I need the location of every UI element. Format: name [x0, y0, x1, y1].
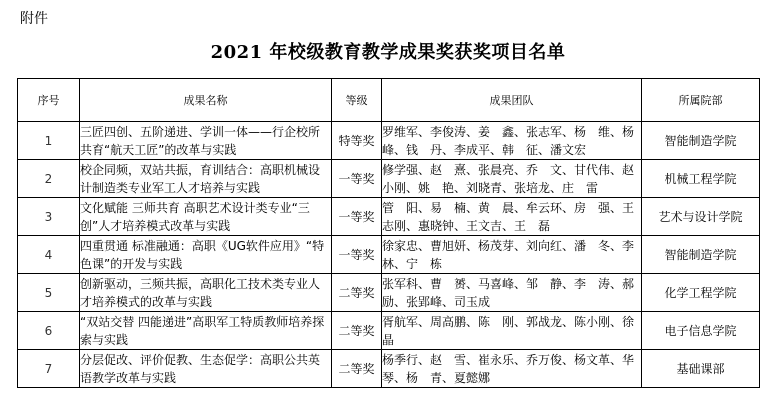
document-title: 2021 年校级教育教学成果奖获奖项目名单: [0, 38, 776, 64]
row-num: 7: [18, 350, 80, 388]
header-team: 成果团队: [382, 79, 642, 122]
project-name: 四重贯通 标准融通：高职《UG软件应用》“特色课”的开发与实践: [80, 236, 332, 274]
department: 基础课部: [642, 350, 760, 388]
award-level: 一等奖: [332, 236, 382, 274]
project-team: 管 阳、易 楠、黄 晨、牟云环、房 强、王志刚、惠晓钟、王文吉、王 磊: [382, 198, 642, 236]
award-level: 特等奖: [332, 122, 382, 160]
header-dept: 所属院部: [642, 79, 760, 122]
row-num: 3: [18, 198, 80, 236]
table-row: 1 三匠四创、五阶递进、学训一体——行企校所共育“航天工匠”的改革与实践 特等奖…: [18, 122, 760, 160]
row-num: 4: [18, 236, 80, 274]
row-num: 6: [18, 312, 80, 350]
table-row: 4 四重贯通 标准融通：高职《UG软件应用》“特色课”的开发与实践 一等奖 徐家…: [18, 236, 760, 274]
award-level: 一等奖: [332, 198, 382, 236]
table-row: 6 “双站交替 四能递进”高职军工特质教师培养探索与实践 二等奖 胥航军、周高鹏…: [18, 312, 760, 350]
table-row: 5 创新驱动，三频共振，高职化工技术类专业人才培养模式的改革与实践 二等奖 张军…: [18, 274, 760, 312]
award-level: 二等奖: [332, 274, 382, 312]
row-num: 2: [18, 160, 80, 198]
award-level: 一等奖: [332, 160, 382, 198]
project-team: 张军科、曹 赟、马喜峰、邹 静、李 涛、郝 励、张郢峰、司玉成: [382, 274, 642, 312]
table-row: 7 分层促改、评价促教、生态促学：高职公共英语教学改革与实践 二等奖 杨季行、赵…: [18, 350, 760, 388]
attachment-label: 附件: [20, 8, 48, 28]
header-num: 序号: [18, 79, 80, 122]
department: 化学工程学院: [642, 274, 760, 312]
row-num: 1: [18, 122, 80, 160]
project-name: 文化赋能 三师共育 高职艺术设计类专业“三创”人才培养模式改革与实践: [80, 198, 332, 236]
department: 艺术与设计学院: [642, 198, 760, 236]
award-level: 二等奖: [332, 312, 382, 350]
project-name: “双站交替 四能递进”高职军工特质教师培养探索与实践: [80, 312, 332, 350]
project-team: 罗维军、李俊涛、姜 鑫、张志军、杨 维、杨 峰、钱 丹、李成平、韩 征、潘文宏: [382, 122, 642, 160]
project-name: 三匠四创、五阶递进、学训一体——行企校所共育“航天工匠”的改革与实践: [80, 122, 332, 160]
row-num: 5: [18, 274, 80, 312]
project-team: 胥航军、周高鹏、陈 刚、郭战龙、陈小刚、徐 晶: [382, 312, 642, 350]
table-row: 2 校企同频，双站共振，育训结合：高职机械设计制造类专业军工人才培养与实践 一等…: [18, 160, 760, 198]
header-name: 成果名称: [80, 79, 332, 122]
awards-table: 序号 成果名称 等级 成果团队 所属院部 1 三匠四创、五阶递进、学训一体——行…: [17, 78, 760, 388]
project-name: 校企同频，双站共振，育训结合：高职机械设计制造类专业军工人才培养与实践: [80, 160, 332, 198]
department: 电子信息学院: [642, 312, 760, 350]
department: 智能制造学院: [642, 236, 760, 274]
table-row: 3 文化赋能 三师共育 高职艺术设计类专业“三创”人才培养模式改革与实践 一等奖…: [18, 198, 760, 236]
project-name: 创新驱动，三频共振，高职化工技术类专业人才培养模式的改革与实践: [80, 274, 332, 312]
project-name: 分层促改、评价促教、生态促学：高职公共英语教学改革与实践: [80, 350, 332, 388]
project-team: 杨季行、赵 雪、崔永乐、乔万俊、杨文革、华 琴、杨 青、夏懿娜: [382, 350, 642, 388]
project-team: 徐家忠、曹旭妍、杨茂芽、刘向红、潘 冬、李 林、宁 栋: [382, 236, 642, 274]
project-team: 修学强、赵 熹、张晨亮、乔 文、甘代伟、赵小刚、姚 艳、刘晓青、张培龙、庄 雷: [382, 160, 642, 198]
award-level: 二等奖: [332, 350, 382, 388]
department: 智能制造学院: [642, 122, 760, 160]
department: 机械工程学院: [642, 160, 760, 198]
header-level: 等级: [332, 79, 382, 122]
table-header-row: 序号 成果名称 等级 成果团队 所属院部: [18, 79, 760, 122]
